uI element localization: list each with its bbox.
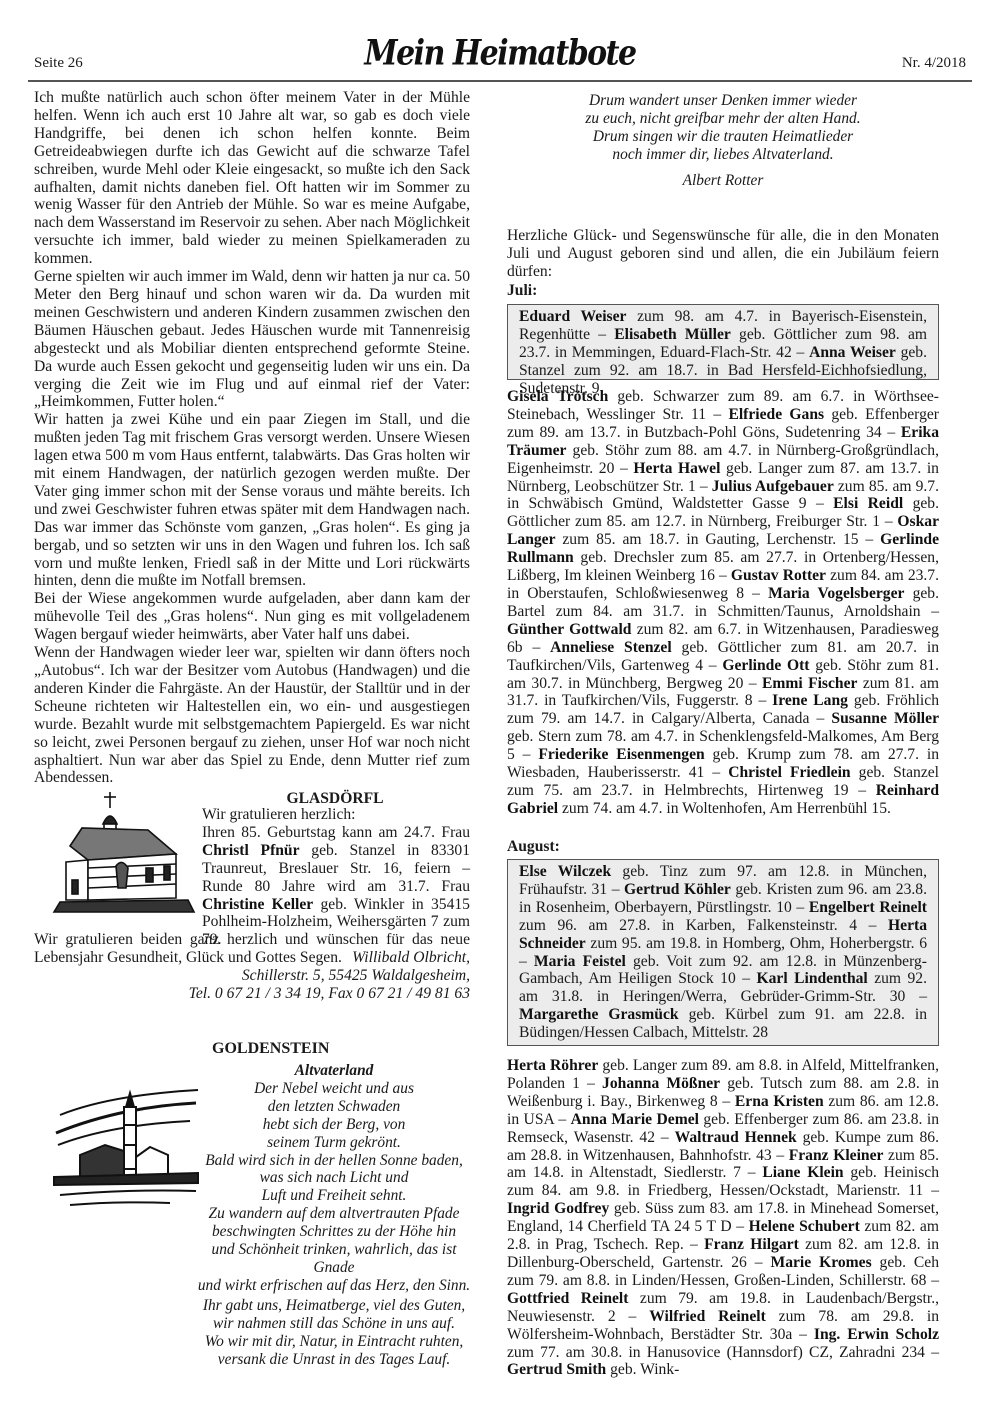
- person-name: Helene Schubert: [749, 1218, 860, 1235]
- story-paragraph: Gerne spielten wir auch immer im Wald, d…: [34, 268, 470, 411]
- person-name: Maria Feistel: [534, 953, 626, 970]
- person-name: Erna Kristen: [735, 1093, 824, 1110]
- person-name: Elfriede Gans: [728, 406, 824, 423]
- poem-line: versank die Unrast in des Tages Lauf.: [190, 1351, 478, 1369]
- poem-line: Bald wird sich in der hellen Sonne baden…: [190, 1152, 478, 1170]
- person-name: Anneliese Stenzel: [550, 639, 672, 656]
- person-name: Gottfried Reinelt: [507, 1290, 628, 1307]
- poem-line: Drum singen wir die trauten Heimatlieder: [507, 128, 939, 146]
- masthead-logo: Mein Heimatbote: [0, 33, 1000, 73]
- person-name: Christine Keller: [202, 896, 313, 913]
- person-name: Elisabeth Müller: [614, 326, 731, 343]
- poem-line: was sich nach Licht und: [190, 1169, 478, 1187]
- poem-line: noch immer dir, liebes Altvaterland.: [507, 146, 939, 164]
- person-name: Else Wilczek: [519, 863, 611, 880]
- month-label-juli: Juli:: [507, 282, 537, 300]
- poem-line: Luft und Freiheit sehnt.: [190, 1187, 478, 1205]
- poem-line: Zu wandern auf dem altvertrauten Pfade: [190, 1205, 478, 1223]
- entry-text: zum 77. am 30.8. in Hanusovice (Hannsdor…: [507, 1344, 939, 1361]
- person-name: Marie Kromes: [770, 1254, 871, 1271]
- header-rule: [28, 80, 972, 82]
- birthday-intro: Herzliche Glück- und Segenswünsche für a…: [507, 227, 939, 281]
- person-name: Franz Kleiner: [789, 1147, 884, 1164]
- poem-author: Albert Rotter: [507, 172, 939, 190]
- person-name: Elsi Reidl: [833, 495, 903, 512]
- signature-name: Willibald Olbricht,: [352, 949, 470, 967]
- signature-address: Schillerstr. 5, 55425 Waldalgesheim,: [34, 967, 470, 985]
- greeting: Wir gratulieren herzlich:: [202, 806, 470, 824]
- story-column: Ich mußte natürlich auch schon öfter mei…: [34, 89, 470, 787]
- person-name: Maria Vogelsberger: [768, 585, 904, 602]
- poem-line: hebt sich der Berg, von: [190, 1116, 478, 1134]
- glasdoerfl-text-part: Ihren 85. Geburtstag kann am 24.7. Frau: [202, 824, 470, 841]
- person-name: Ingrid Godfrey: [507, 1200, 609, 1217]
- poem-line: beschwingten Schrittes zu der Höhe hin: [190, 1223, 478, 1241]
- section-title-goldenstein: GOLDENSTEIN: [212, 1040, 412, 1058]
- highlight-box-juli: Eduard Weiser zum 98. am 4.7. in Bayeris…: [507, 304, 939, 380]
- person-name: Wilfried Reinelt: [649, 1308, 766, 1325]
- poem-line: Drum wandert unser Denken immer wieder: [507, 92, 939, 110]
- person-name: Franz Hilgart: [704, 1236, 799, 1253]
- poem-line: seinem Turm gekrönt.: [190, 1134, 478, 1152]
- person-name: Gisela Trötsch: [507, 388, 608, 405]
- chapel-illustration: [48, 788, 198, 918]
- poem-title: Altvaterland: [190, 1062, 478, 1080]
- entry-text: zum 74. am 4.7. in Woltenhofen, Am Herre…: [558, 800, 891, 817]
- story-paragraph: Ich mußte natürlich auch schon öfter mei…: [34, 89, 470, 268]
- person-name: Gertrud Smith: [507, 1361, 606, 1378]
- poem-line: und Schönheit trinken, wahrlich, das ist…: [190, 1241, 478, 1277]
- entry-text: zum 85. am 18.7. in Gauting, Lerchenstr.…: [556, 531, 881, 548]
- person-name: Herta Röhrer: [507, 1057, 598, 1074]
- poem-line: und wirkt erfrischen auf das Herz, den S…: [190, 1277, 478, 1295]
- poem-stanza-2: Ihr gabt uns, Heimatberge, viel des Gute…: [190, 1297, 478, 1369]
- person-name: Johanna Mößner: [602, 1075, 720, 1092]
- entry-text: zum 96. am 27.8. in Karben, Falkensteins…: [519, 917, 888, 934]
- signature-phone: Tel. 0 67 21 / 3 34 19, Fax 0 67 21 / 49…: [34, 985, 470, 1003]
- poem-line: zu euch, nicht greifbar mehr der alten H…: [507, 110, 939, 128]
- person-name: Gerlinde Ott: [722, 657, 809, 674]
- person-name: Waltraud Hennek: [675, 1129, 797, 1146]
- poem-altvaterland: Altvaterland Der Nebel weicht und aus de…: [190, 1062, 478, 1295]
- person-name: Christl Pfnür: [202, 842, 300, 859]
- person-name: Liane Klein: [762, 1164, 843, 1181]
- person-name: Irene Lang: [772, 692, 848, 709]
- person-name: Engelbert Reinelt: [809, 899, 927, 916]
- poem-line: wir nahmen still das Schöne in uns auf.: [190, 1315, 478, 1333]
- person-name: Susanne Möller: [831, 710, 939, 727]
- person-name: Karl Lindenthal: [756, 970, 867, 987]
- poem-stanza-3: Drum wandert unser Denken immer wieder z…: [507, 92, 939, 164]
- glasdoerfl-closing: Wir gratulieren beiden ganz herzlich und…: [34, 931, 470, 1003]
- poem-line: den letzten Schwaden: [190, 1098, 478, 1116]
- person-name: Friederike Eisenmengen: [538, 746, 704, 763]
- person-name: Anna Marie Demel: [571, 1111, 699, 1128]
- person-name: Margarethe Grasmück: [519, 1006, 679, 1023]
- person-name: Gustav Rotter: [731, 567, 826, 584]
- person-name: Anna Weiser: [809, 344, 896, 361]
- person-name: Gertrud Köhler: [624, 881, 731, 898]
- glasdoerfl-text: Wir gratulieren herzlich: Ihren 85. Gebu…: [202, 806, 470, 949]
- person-name: Eduard Weiser: [519, 308, 626, 325]
- poem-line: Ihr gabt uns, Heimatberge, viel des Gute…: [190, 1297, 478, 1315]
- story-paragraph: Wir hatten ja zwei Kühe und ein paar Zie…: [34, 411, 470, 590]
- person-name: Ing. Erwin Scholz: [814, 1326, 939, 1343]
- person-name: Günther Gottwald: [507, 621, 631, 638]
- person-name: Julius Aufgebauer: [712, 478, 834, 495]
- issue-number: Nr. 4/2018: [902, 55, 966, 72]
- month-label-august: August:: [507, 838, 560, 856]
- poem-line: Der Nebel weicht und aus: [190, 1080, 478, 1098]
- person-name: Christel Friedlein: [728, 764, 850, 781]
- story-paragraph: Bei der Wiese angekommen wurde aufgelade…: [34, 590, 470, 644]
- story-paragraph: Wenn der Handwagen wieder leer war, spie…: [34, 644, 470, 787]
- town-tower-illustration: [50, 1085, 200, 1210]
- birthday-list-august: Herta Röhrer geb. Langer zum 89. am 8.8.…: [507, 1057, 939, 1379]
- person-name: Herta Hawel: [633, 460, 720, 477]
- poem-line: Wo wir mit dir, Natur, in Eintracht ruht…: [190, 1333, 478, 1351]
- person-name: Emmi Fischer: [762, 675, 857, 692]
- highlight-box-august: Else Wilczek geb. Tinz zum 97. am 12.8. …: [507, 859, 939, 1046]
- entry-text: geb. Wink-: [606, 1361, 679, 1378]
- birthday-list-juli: Gisela Trötsch geb. Schwarzer zum 89. am…: [507, 388, 939, 818]
